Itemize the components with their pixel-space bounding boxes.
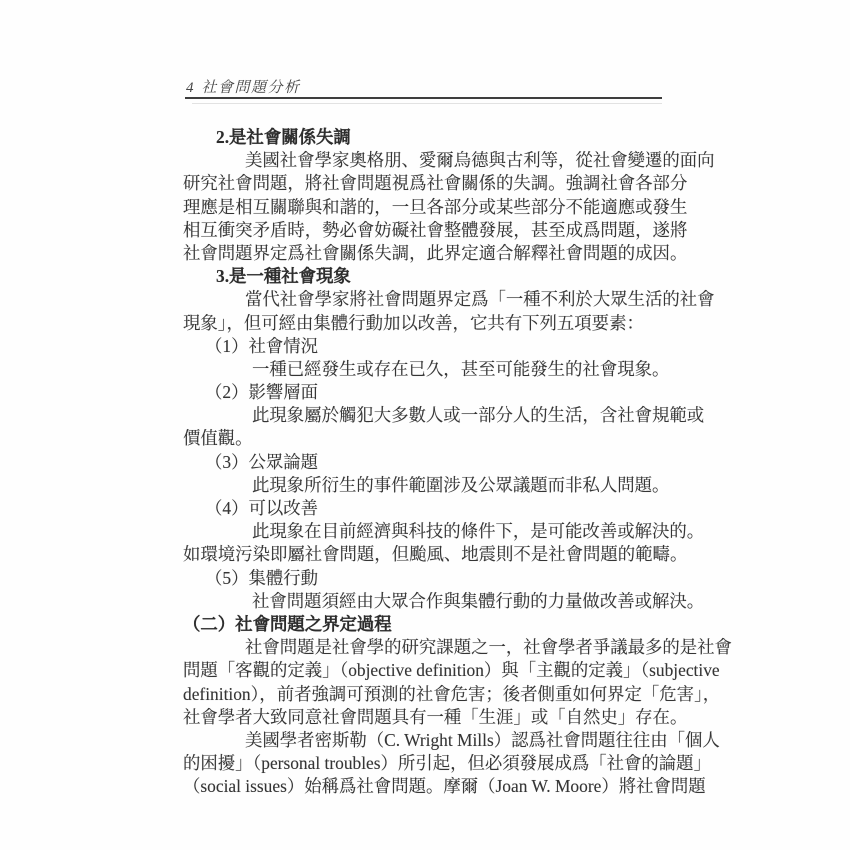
text-line: 社會學者大致同意社會問題具有一種「生涯」或「自然史」存在。: [183, 706, 675, 729]
text-line: 如環境污染即屬社會問題，但颱風、地震則不是社會問題的範疇。: [183, 543, 675, 566]
text-line: 此現象屬於觸犯大多數人或一部分人的生活，含社會規範或: [183, 404, 675, 427]
text-line: 一種已經發生或存在已久，甚至可能發生的社會現象。: [183, 358, 675, 381]
text-line: 社會問題是社會學的研究課題之一，社會學者爭議最多的是社會: [183, 636, 675, 659]
header-rule: [185, 97, 662, 99]
running-header: 4社會問題分析: [186, 76, 301, 97]
text-line: 現象」，但可經由集體行動加以改善，它共有下列五項要素：: [183, 312, 675, 335]
text-line: 研究社會問題，將社會問題視爲社會關係的失調。強調社會各部分: [183, 172, 675, 195]
text-line: （5）集體行動: [183, 567, 675, 590]
section-heading: （二）社會問題之界定過程: [183, 613, 675, 636]
page-body-text: 2.是社會關係失調美國社會學家奧格朋、愛爾烏德與古利等，從社會變遷的面向研究社會…: [183, 126, 675, 798]
text-line: 美國學者密斯勒（C. Wright Mills）認爲社會問題往往由「個人: [183, 729, 675, 752]
header-rule-shadow: [192, 103, 662, 104]
text-line: （4）可以改善: [183, 497, 675, 520]
text-line: 價值觀。: [183, 427, 675, 450]
text-line: 此現象在目前經濟與科技的條件下，是可能改善或解決的。: [183, 520, 675, 543]
text-line: （3）公眾論題: [183, 451, 675, 474]
text-line: 此現象所衍生的事件範圍涉及公眾議題而非私人問題。: [183, 474, 675, 497]
text-line: 社會問題須經由大眾合作與集體行動的力量做改善或解決。: [183, 590, 675, 613]
text-line: 社會問題界定爲社會關係失調，此界定適合解釋社會問題的成因。: [183, 242, 675, 265]
text-line: 理應是相互關聯與和諧的，一旦各部分或某些部分不能適應或發生: [183, 196, 675, 219]
page-number: 4: [186, 80, 194, 96]
text-line: 相互衝突矛盾時，勢必會妨礙社會整體發展，甚至成爲問題，遂將: [183, 219, 675, 242]
text-line: （1）社會情況: [183, 335, 675, 358]
text-line: definition），前者強調可預測的社會危害；後者側重如何界定「危害」，: [183, 683, 675, 706]
book-title: 社會問題分析: [202, 80, 301, 96]
text-line: （2）影響層面: [183, 381, 675, 404]
text-line: 美國社會學家奧格朋、愛爾烏德與古利等，從社會變遷的面向: [183, 149, 675, 172]
section-heading: 3.是一種社會現象: [183, 265, 675, 288]
text-line: （social issues）始稱爲社會問題。摩爾（Joan W. Moore）…: [183, 775, 675, 798]
book-page: 4社會問題分析 2.是社會關係失調美國社會學家奧格朋、愛爾烏德與古利等，從社會變…: [0, 0, 850, 850]
text-line: 的困擾」（personal troubles）所引起，但必須發展成爲「社會的論題…: [183, 752, 675, 775]
text-line: 問題「客觀的定義」（objective definition）與「主觀的定義」（…: [183, 659, 675, 682]
text-line: 當代社會學家將社會問題界定爲「一種不利於大眾生活的社會: [183, 288, 675, 311]
section-heading: 2.是社會關係失調: [183, 126, 675, 149]
